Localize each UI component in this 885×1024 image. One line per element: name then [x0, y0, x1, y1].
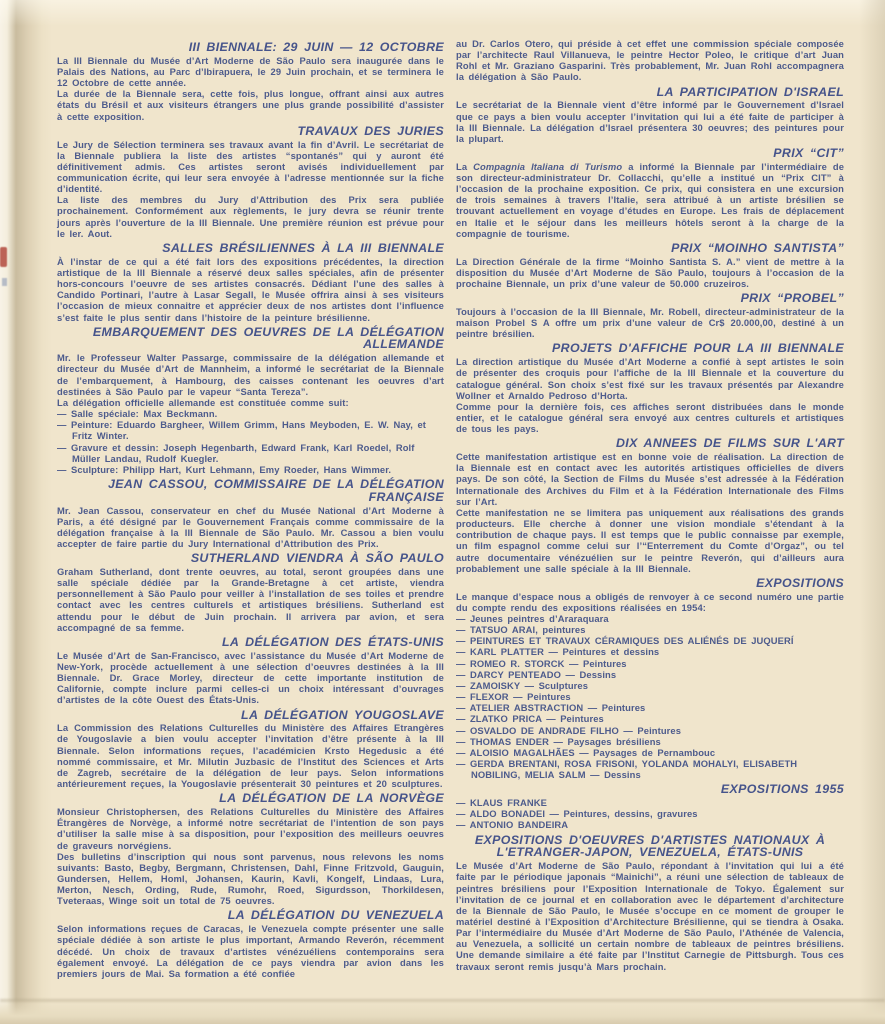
paragraph: Mr. Jean Cassou, conservateur en chef du…	[57, 505, 444, 550]
list-item: — Sculpture: Philipp Hart, Kurt Lehmann,…	[57, 464, 444, 475]
item-list: — Jeunes peintres d’Araraquara— TATSUO A…	[456, 613, 844, 780]
list-item: — ALOISIO MAGALHÃES — Paysages de Pernam…	[456, 747, 844, 758]
article-section: SUTHERLAND VIENDRA À SÃO PAULOGraham Sut…	[57, 552, 444, 633]
paragraph: Le Musée d’Art Moderne de São Paulo, rép…	[456, 860, 844, 927]
section-heading: TRAVAUX DES JURIES	[57, 125, 444, 138]
list-item: — ANTONIO BANDEIRA	[456, 819, 844, 830]
article-section: EMBARQUEMENT DES OEUVRES DE LA DÉLÉGATIO…	[57, 326, 444, 475]
article-section: III BIENNALE: 29 JUIN — 12 OCTOBRELa III…	[57, 41, 444, 122]
paragraph: La Direction Générale de la firme “Moinh…	[456, 256, 844, 289]
paper-bottom-shade	[0, 998, 885, 1024]
paper-right-edge-shade	[859, 0, 885, 1024]
right-column: au Dr. Carlos Otero, qui préside à cet e…	[456, 38, 844, 972]
list-item: — ZAMOISKY — Sculptures	[456, 680, 844, 691]
article-section: LA PARTICIPATION D'ISRAELLe secrétariat …	[456, 86, 844, 144]
article-section: PRIX “CIT”La Compagnia Italiana di Turis…	[456, 147, 844, 239]
section-heading: LA DÉLÉGATION DES ÉTATS-UNIS	[57, 636, 444, 649]
paragraph: La Commission des Relations Culturelles …	[57, 722, 444, 789]
paragraph: Cette manifestation artistique est en bo…	[456, 451, 844, 507]
paragraph: La liste des membres du Jury d’Attributi…	[57, 194, 444, 239]
section-heading: EMBARQUEMENT DES OEUVRES DE LA DÉLÉGATIO…	[57, 326, 444, 352]
list-item: — ATELIER ABSTRACTION — Peintures	[456, 702, 844, 713]
section-heading: LA DÉLÉGATION DE LA NORVÈGE	[57, 792, 444, 805]
paragraph: Par l’intermédiaire du Musée d’Art Moder…	[456, 927, 844, 972]
list-item: — Peinture: Eduardo Bargheer, Willem Gri…	[57, 419, 444, 441]
list-item: — GERDA BRENTANI, ROSA FRISONI, YOLANDA …	[456, 758, 844, 780]
section-heading: SUTHERLAND VIENDRA À SÃO PAULO	[57, 552, 444, 565]
section-heading: EXPOSITIONS 1955	[456, 783, 844, 796]
list-item: — TATSUO ARAI, peintures	[456, 624, 844, 635]
section-heading: LA DÉLÉGATION YOUGOSLAVE	[57, 709, 444, 722]
paragraph: La durée de la Biennale sera, cette fois…	[57, 88, 444, 121]
section-heading: LA PARTICIPATION D'ISRAEL	[456, 86, 844, 99]
list-item: — DARCY PENTEADO — Dessins	[456, 669, 844, 680]
list-item: — Jeunes peintres d’Araraquara	[456, 613, 844, 624]
article-section: LA DÉLÉGATION DES ÉTATS-UNISLe Musée d’A…	[57, 636, 444, 706]
article-section: PRIX “PROBEL”Toujours à l’occasion de la…	[456, 292, 844, 339]
paragraph: La délégation officielle allemande est c…	[57, 397, 444, 408]
list-item: — PEINTURES ET TRAVAUX CÉRAMIQUES DES AL…	[456, 635, 844, 646]
paragraph: La direction artistique du Musée d’Art M…	[456, 356, 844, 401]
list-item: — OSVALDO DE ANDRADE FILHO — Peintures	[456, 725, 844, 736]
paragraph: au Dr. Carlos Otero, qui préside à cet e…	[456, 38, 844, 83]
paragraph: Comme pour la dernière fois, ces affiche…	[456, 401, 844, 434]
article-section: JEAN CASSOU, COMMISSAIRE DE LA DÉLÉGATIO…	[57, 478, 444, 549]
list-item: — Gravure et dessin: Joseph Hegenbarth, …	[57, 442, 444, 464]
paragraph: Le Musée d’Art de San-Francisco, avec l’…	[57, 650, 444, 706]
paragraph: Graham Sutherland, dont trente oeuvres, …	[57, 566, 444, 633]
article-section: EXPOSITIONS D'OEUVRES D'ARTISTES NATIONA…	[456, 834, 844, 972]
section-heading: PRIX “MOINHO SANTISTA”	[456, 242, 844, 255]
section-heading: III BIENNALE: 29 JUIN — 12 OCTOBRE	[57, 41, 444, 54]
list-item: — KLAUS FRANKE	[456, 797, 844, 808]
list-item: — THOMAS ENDER — Paysages brésiliens	[456, 736, 844, 747]
article-section: DIX ANNEES DE FILMS SUR L'ARTCette manif…	[456, 437, 844, 574]
scanned-bulletin-page: III BIENNALE: 29 JUIN — 12 OCTOBRELa III…	[0, 0, 885, 1024]
paper-crease-line	[0, 999, 885, 1002]
article-section: EXPOSITIONS 1955— KLAUS FRANKE— ALDO BON…	[456, 783, 844, 830]
list-item: — ROMEO R. STORCK — Peintures	[456, 658, 844, 669]
scan-ink-smudge	[2, 278, 7, 286]
paragraph: Des bulletins d’inscription qui nous son…	[57, 851, 444, 907]
list-item: — KARL PLATTER — Peintures et dessins	[456, 646, 844, 657]
list-item: — FLEXOR — Peintures	[456, 691, 844, 702]
list-item: — ZLATKO PRICA — Peintures	[456, 713, 844, 724]
paragraph: Le secrétariat de la Biennale vient d’êt…	[456, 99, 844, 144]
scan-red-mark	[0, 247, 7, 267]
paragraph: Monsieur Christophersen, des Relations C…	[57, 806, 444, 851]
article-section: TRAVAUX DES JURIESLe Jury de Sélection t…	[57, 125, 444, 239]
section-heading: SALLES BRÉSILIENNES À LA III BIENNALE	[57, 242, 444, 255]
section-heading: LA DÉLÉGATION DU VENEZUELA	[57, 909, 444, 922]
article-section: PRIX “MOINHO SANTISTA”La Direction Génér…	[456, 242, 844, 289]
article-section: PROJETS D'AFFICHE POUR LA III BIENNALELa…	[456, 342, 844, 434]
section-heading: PRIX “PROBEL”	[456, 292, 844, 305]
paragraph: Le manque d’espace nous a obligés de ren…	[456, 591, 844, 613]
section-heading: JEAN CASSOU, COMMISSAIRE DE LA DÉLÉGATIO…	[57, 478, 444, 504]
paragraph: Mr. le Professeur Walter Passarge, commi…	[57, 352, 444, 397]
article-section: SALLES BRÉSILIENNES À LA III BIENNALEÀ l…	[57, 242, 444, 323]
paper-top-edge-shade	[0, 0, 885, 26]
article-section: au Dr. Carlos Otero, qui préside à cet e…	[456, 38, 844, 83]
item-list: — KLAUS FRANKE— ALDO BONADEI — Peintures…	[456, 797, 844, 830]
paper-left-edge-shade	[0, 0, 52, 1024]
article-section: LA DÉLÉGATION DU VENEZUELASelon informat…	[57, 909, 444, 979]
section-heading: EXPOSITIONS	[456, 577, 844, 590]
section-heading: DIX ANNEES DE FILMS SUR L'ART	[456, 437, 844, 450]
list-item: — Salle spéciale: Max Beckmann.	[57, 408, 444, 419]
paragraph: Toujours à l’occasion de la III Biennale…	[456, 306, 844, 339]
paragraph: Selon informations reçues de Caracas, le…	[57, 923, 444, 979]
section-heading: EXPOSITIONS D'OEUVRES D'ARTISTES NATIONA…	[456, 834, 844, 860]
left-column: III BIENNALE: 29 JUIN — 12 OCTOBRELa III…	[57, 38, 444, 979]
list-item: — ALDO BONADEI — Peintures, dessins, gra…	[456, 808, 844, 819]
paragraph: La Compagnia Italiana di Turismo a infor…	[456, 161, 844, 239]
article-section: LA DÉLÉGATION DE LA NORVÈGEMonsieur Chri…	[57, 792, 444, 906]
section-heading: PROJETS D'AFFICHE POUR LA III BIENNALE	[456, 342, 844, 355]
paragraph: Le Jury de Sélection terminera ses trava…	[57, 139, 444, 195]
section-heading: PRIX “CIT”	[456, 147, 844, 160]
article-section: EXPOSITIONSLe manque d’espace nous a obl…	[456, 577, 844, 780]
paragraph: Cette manifestation ne se limitera pas u…	[456, 507, 844, 574]
article-section: LA DÉLÉGATION YOUGOSLAVELa Commission de…	[57, 709, 444, 790]
paragraph: La III Biennale du Musée d’Art Moderne d…	[57, 55, 444, 88]
item-list: — Salle spéciale: Max Beckmann.— Peintur…	[57, 408, 444, 475]
paragraph: À l’instar de ce qui a été fait lors des…	[57, 256, 444, 323]
